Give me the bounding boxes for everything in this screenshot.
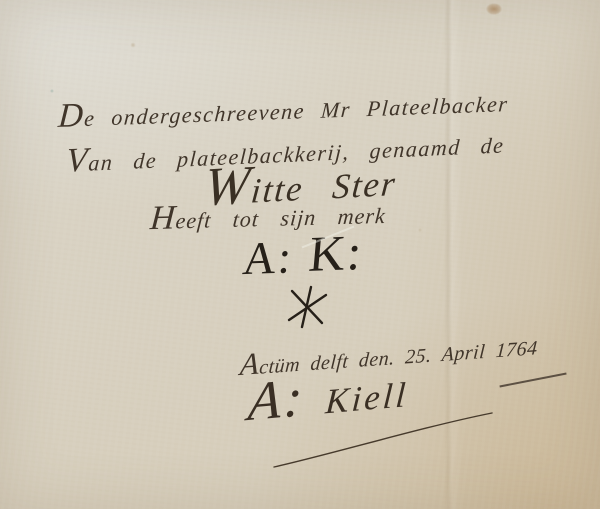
line-opening: De ondergeschreevene Mr Plateelbacker [57, 92, 509, 131]
six-pointed-asterisk-star-icon [284, 285, 330, 334]
mark-letter-a: A: [241, 234, 295, 282]
signature-flourish-stroke [262, 400, 504, 481]
manuscript-page: De ondergeschreevene Mr Plateelbacker Va… [0, 0, 600, 509]
maker-mark-monogram: A: K: [241, 232, 365, 282]
date-underline-stroke [499, 373, 566, 388]
